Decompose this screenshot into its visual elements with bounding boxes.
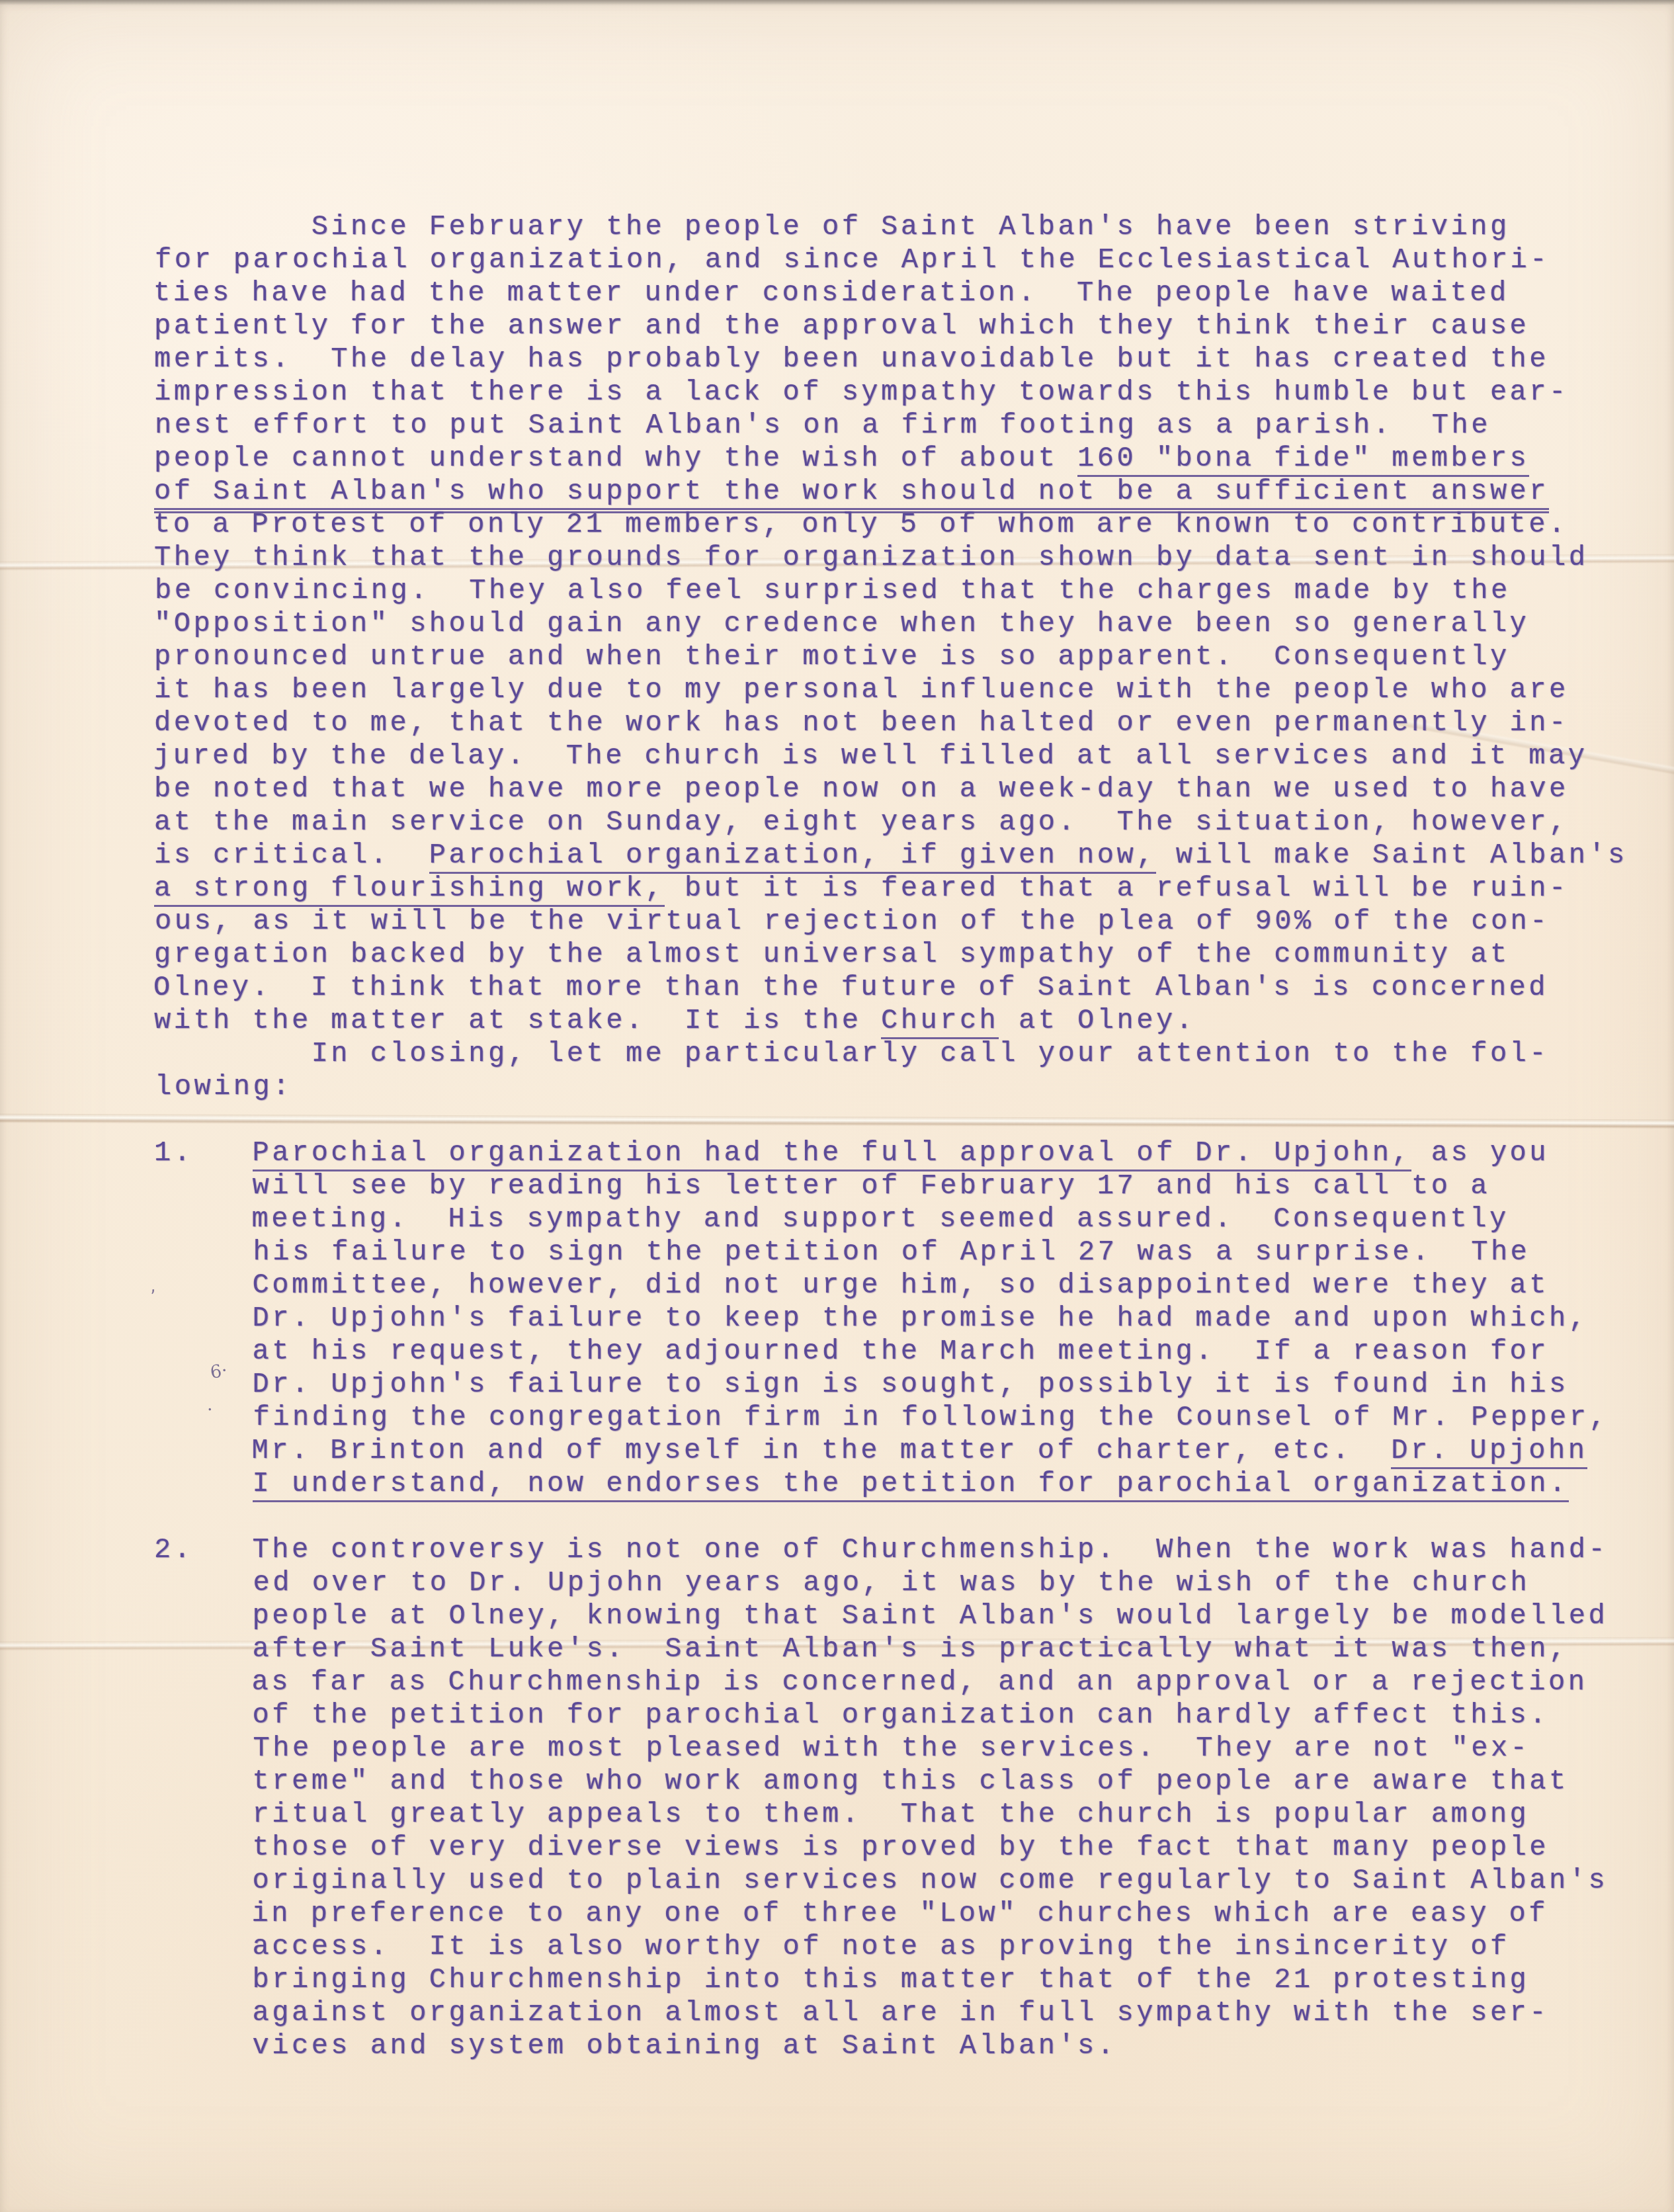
text-line: be convincing. They also feel surprised … (155, 574, 1628, 607)
text-segment: at his request, they adjourned the March… (154, 1336, 1549, 1367)
text-segment: of the petition for parochial organizati… (154, 1699, 1549, 1731)
underlined-text: Parochial organization had the full appr… (253, 1137, 1412, 1171)
text-line: people at Olney, knowing that Saint Alba… (154, 1599, 1628, 1633)
text-line: Committee, however, did not urge him, so… (154, 1269, 1628, 1302)
text-line: In closing, let me particularly call you… (154, 1037, 1628, 1070)
text-line: Dr. Upjohn's failure to sign is sought, … (154, 1368, 1628, 1401)
text-line: is critical. Parochial organization, if … (154, 839, 1628, 872)
text-line: be noted that we have more people now on… (154, 773, 1628, 806)
text-segment: be convincing. They also feel surprised … (155, 575, 1511, 607)
text-line: at his request, they adjourned the March… (154, 1335, 1628, 1368)
text-segment: meeting. His sympathy and support seemed… (153, 1203, 1509, 1235)
text-segment: will make Saint Alban's (1156, 839, 1628, 871)
text-segment: impression that there is a lack of sympa… (154, 376, 1569, 408)
letter-page: Since February the people of Saint Alban… (0, 0, 1674, 2212)
text-line: his failure to sign the petition of Apri… (155, 1236, 1628, 1269)
text-line: for parochial organization, and since Ap… (155, 243, 1628, 276)
text-segment: at Olney. (999, 1005, 1195, 1037)
text-line: I understand, now endorses the petition … (154, 1467, 1628, 1500)
text-segment: people at Olney, knowing that Saint Alba… (154, 1600, 1608, 1632)
text-line: lowing: (155, 1070, 1628, 1103)
text-line: a strong flourishing work, but it is fea… (154, 872, 1628, 905)
text-line: finding the congregation firm in followi… (155, 1401, 1628, 1434)
text-line (154, 1103, 1628, 1136)
text-segment: "Opposition" should gain any credence wh… (154, 608, 1529, 640)
text-segment: for parochial organization, and since Ap… (155, 244, 1550, 276)
text-segment: In closing, let me particularly call you… (154, 1038, 1549, 1070)
text-segment: nest effort to put Saint Alban's on a fi… (155, 409, 1491, 441)
text-segment: those of very diverse views is proved by… (154, 1832, 1549, 1863)
text-line: those of very diverse views is proved by… (154, 1831, 1628, 1864)
text-segment: after Saint Luke's. Saint Alban's is pra… (154, 1633, 1569, 1665)
text-line: nest effort to put Saint Alban's on a fi… (155, 409, 1628, 442)
text-segment: in preference to any one of three "Low" … (153, 1898, 1548, 1930)
text-line: merits. The delay has probably been unav… (154, 343, 1628, 376)
text-line: meeting. His sympathy and support seemed… (153, 1203, 1627, 1236)
text-line: ed over to Dr. Upjohn years ago, it was … (155, 1566, 1628, 1599)
text-line: originally used to plain services now co… (154, 1864, 1628, 1897)
text-segment: gregation backed by the almost universal… (154, 939, 1510, 970)
text-line: of Saint Alban's who support the work sh… (154, 475, 1628, 508)
text-segment: to a Protest of only 21 members, only 5 … (153, 509, 1568, 540)
text-segment: at the main service on Sunday, eight yea… (154, 806, 1569, 838)
text-line: 1. Parochial organization had the full a… (154, 1136, 1628, 1170)
text-line (154, 1500, 1628, 1533)
text-line: of the petition for parochial organizati… (154, 1699, 1628, 1732)
text-segment: ritual greatly appeals to them. That the… (154, 1799, 1529, 1830)
text-line: patiently for the answer and the approva… (154, 310, 1628, 343)
text-line: treme" and those who work among this cla… (154, 1765, 1628, 1798)
text-segment: pronounced untrue and when their motive … (154, 641, 1510, 673)
text-segment: patiently for the answer and the approva… (154, 310, 1529, 342)
text-line: Olney. I think that more than the future… (153, 971, 1627, 1004)
text-line: They think that the grounds for organiza… (154, 541, 1628, 574)
text-line: 2. The controversy is not one of Churchm… (154, 1533, 1628, 1566)
text-line: "Opposition" should gain any credence wh… (154, 607, 1628, 640)
text-line: in preference to any one of three "Low" … (153, 1897, 1627, 1930)
text-segment: ous, as it will be the virtual rejection… (155, 906, 1550, 937)
text-line: impression that there is a lack of sympa… (154, 376, 1628, 409)
text-segment: Dr. Upjohn's failure to sign is sought, … (154, 1369, 1569, 1400)
text-line: ritual greatly appeals to them. That the… (154, 1798, 1628, 1831)
text-segment: Committee, however, did not urge him, so… (154, 1269, 1549, 1301)
scan-top-edge (0, 0, 1674, 5)
text-segment: ed over to Dr. Upjohn years ago, it was … (155, 1567, 1530, 1599)
text-line: devoted to me, that the work has not bee… (154, 706, 1628, 740)
text-segment: is critical. (154, 839, 429, 871)
text-line: as far as Churchmenship is concerned, an… (153, 1666, 1627, 1699)
text-segment: They think that the grounds for organiza… (154, 542, 1588, 574)
underlined-text: 160 "bona fide" members (1077, 443, 1529, 477)
text-segment: Since February the people of Saint Alban… (154, 211, 1510, 243)
text-segment: jured by the delay. The church is well f… (153, 740, 1587, 772)
text-line: vices and system obtaining at Saint Alba… (154, 2029, 1628, 2063)
text-segment: Mr. Brinton and of myself in the matter … (153, 1435, 1391, 1467)
underlined-text: Church (881, 1005, 999, 1039)
text-segment: originally used to plain services now co… (154, 1865, 1608, 1896)
text-segment: devoted to me, that the work has not bee… (154, 707, 1569, 739)
text-line: at the main service on Sunday, eight yea… (154, 806, 1628, 839)
text-line: to a Protest of only 21 members, only 5 … (153, 508, 1627, 541)
text-line: Since February the people of Saint Alban… (154, 210, 1628, 243)
text-line: it has been largely due to my personal i… (154, 673, 1628, 706)
text-segment (154, 1468, 253, 1500)
text-line: bringing Churchmenship into this matter … (154, 1963, 1628, 1996)
text-line: pronounced untrue and when their motive … (154, 640, 1628, 673)
text-line: Dr. Upjohn's failure to keep the promise… (154, 1302, 1628, 1335)
underlined-text: a strong flourishing work, (154, 872, 665, 907)
text-line: jured by the delay. The church is well f… (153, 740, 1627, 773)
text-segment: The people are most pleased with the ser… (155, 1732, 1530, 1764)
text-line: with the matter at stake. It is the Chur… (154, 1004, 1628, 1037)
text-segment: against organization almost all are in f… (154, 1997, 1549, 2029)
text-segment: Dr. Upjohn's failure to keep the promise… (154, 1302, 1588, 1334)
text-segment: as you (1411, 1137, 1549, 1169)
text-segment: ties have had the matter under considera… (153, 277, 1509, 309)
text-segment: it has been largely due to my personal i… (154, 674, 1569, 706)
text-segment: his failure to sign the petition of Apri… (155, 1236, 1530, 1268)
text-line: ous, as it will be the virtual rejection… (155, 905, 1628, 938)
text-segment: 2. The controversy is not one of Churchm… (154, 1534, 1608, 1566)
text-segment: 1. (154, 1137, 253, 1169)
text-segment: but it is feared that a refusal will be … (665, 872, 1568, 904)
text-line: Mr. Brinton and of myself in the matter … (153, 1434, 1627, 1467)
text-segment: vices and system obtaining at Saint Alba… (154, 2030, 1117, 2062)
text-segment: finding the congregation firm in followi… (155, 1402, 1609, 1433)
underlined-text: Parochial organization, if given now, (429, 839, 1156, 874)
underlined-text: Dr. Upjohn (1391, 1435, 1587, 1469)
text-line: ties have had the matter under considera… (153, 276, 1627, 310)
text-segment: access. It is also worthy of note as pro… (154, 1931, 1510, 1963)
letter-body: Since February the people of Saint Alban… (154, 210, 1628, 2063)
text-segment: merits. The delay has probably been unav… (154, 343, 1549, 375)
text-segment: as far as Churchmenship is concerned, an… (153, 1666, 1587, 1698)
text-line: against organization almost all are in f… (154, 1996, 1628, 2029)
text-segment: will see by reading his letter of Februa… (154, 1170, 1490, 1202)
text-line: The people are most pleased with the ser… (155, 1732, 1628, 1765)
text-line: will see by reading his letter of Februa… (154, 1170, 1628, 1203)
text-line: people cannot understand why the wish of… (154, 442, 1628, 475)
ink-margin-mark: 6· (209, 1360, 229, 1382)
text-segment: with the matter at stake. It is the (154, 1005, 881, 1037)
text-segment: people cannot understand why the wish of… (154, 443, 1077, 474)
text-segment: treme" and those who work among this cla… (154, 1765, 1569, 1797)
text-segment: be noted that we have more people now on… (154, 773, 1569, 805)
text-segment: bringing Churchmenship into this matter … (154, 1964, 1529, 1996)
text-line: gregation backed by the almost universal… (154, 938, 1628, 971)
text-segment: Olney. I think that more than the future… (153, 972, 1548, 1003)
underlined-text: I understand, now endorses the petition … (253, 1468, 1569, 1502)
text-line: access. It is also worthy of note as pro… (154, 1930, 1628, 1963)
text-line: after Saint Luke's. Saint Alban's is pra… (154, 1633, 1628, 1666)
text-segment: lowing: (155, 1071, 292, 1103)
